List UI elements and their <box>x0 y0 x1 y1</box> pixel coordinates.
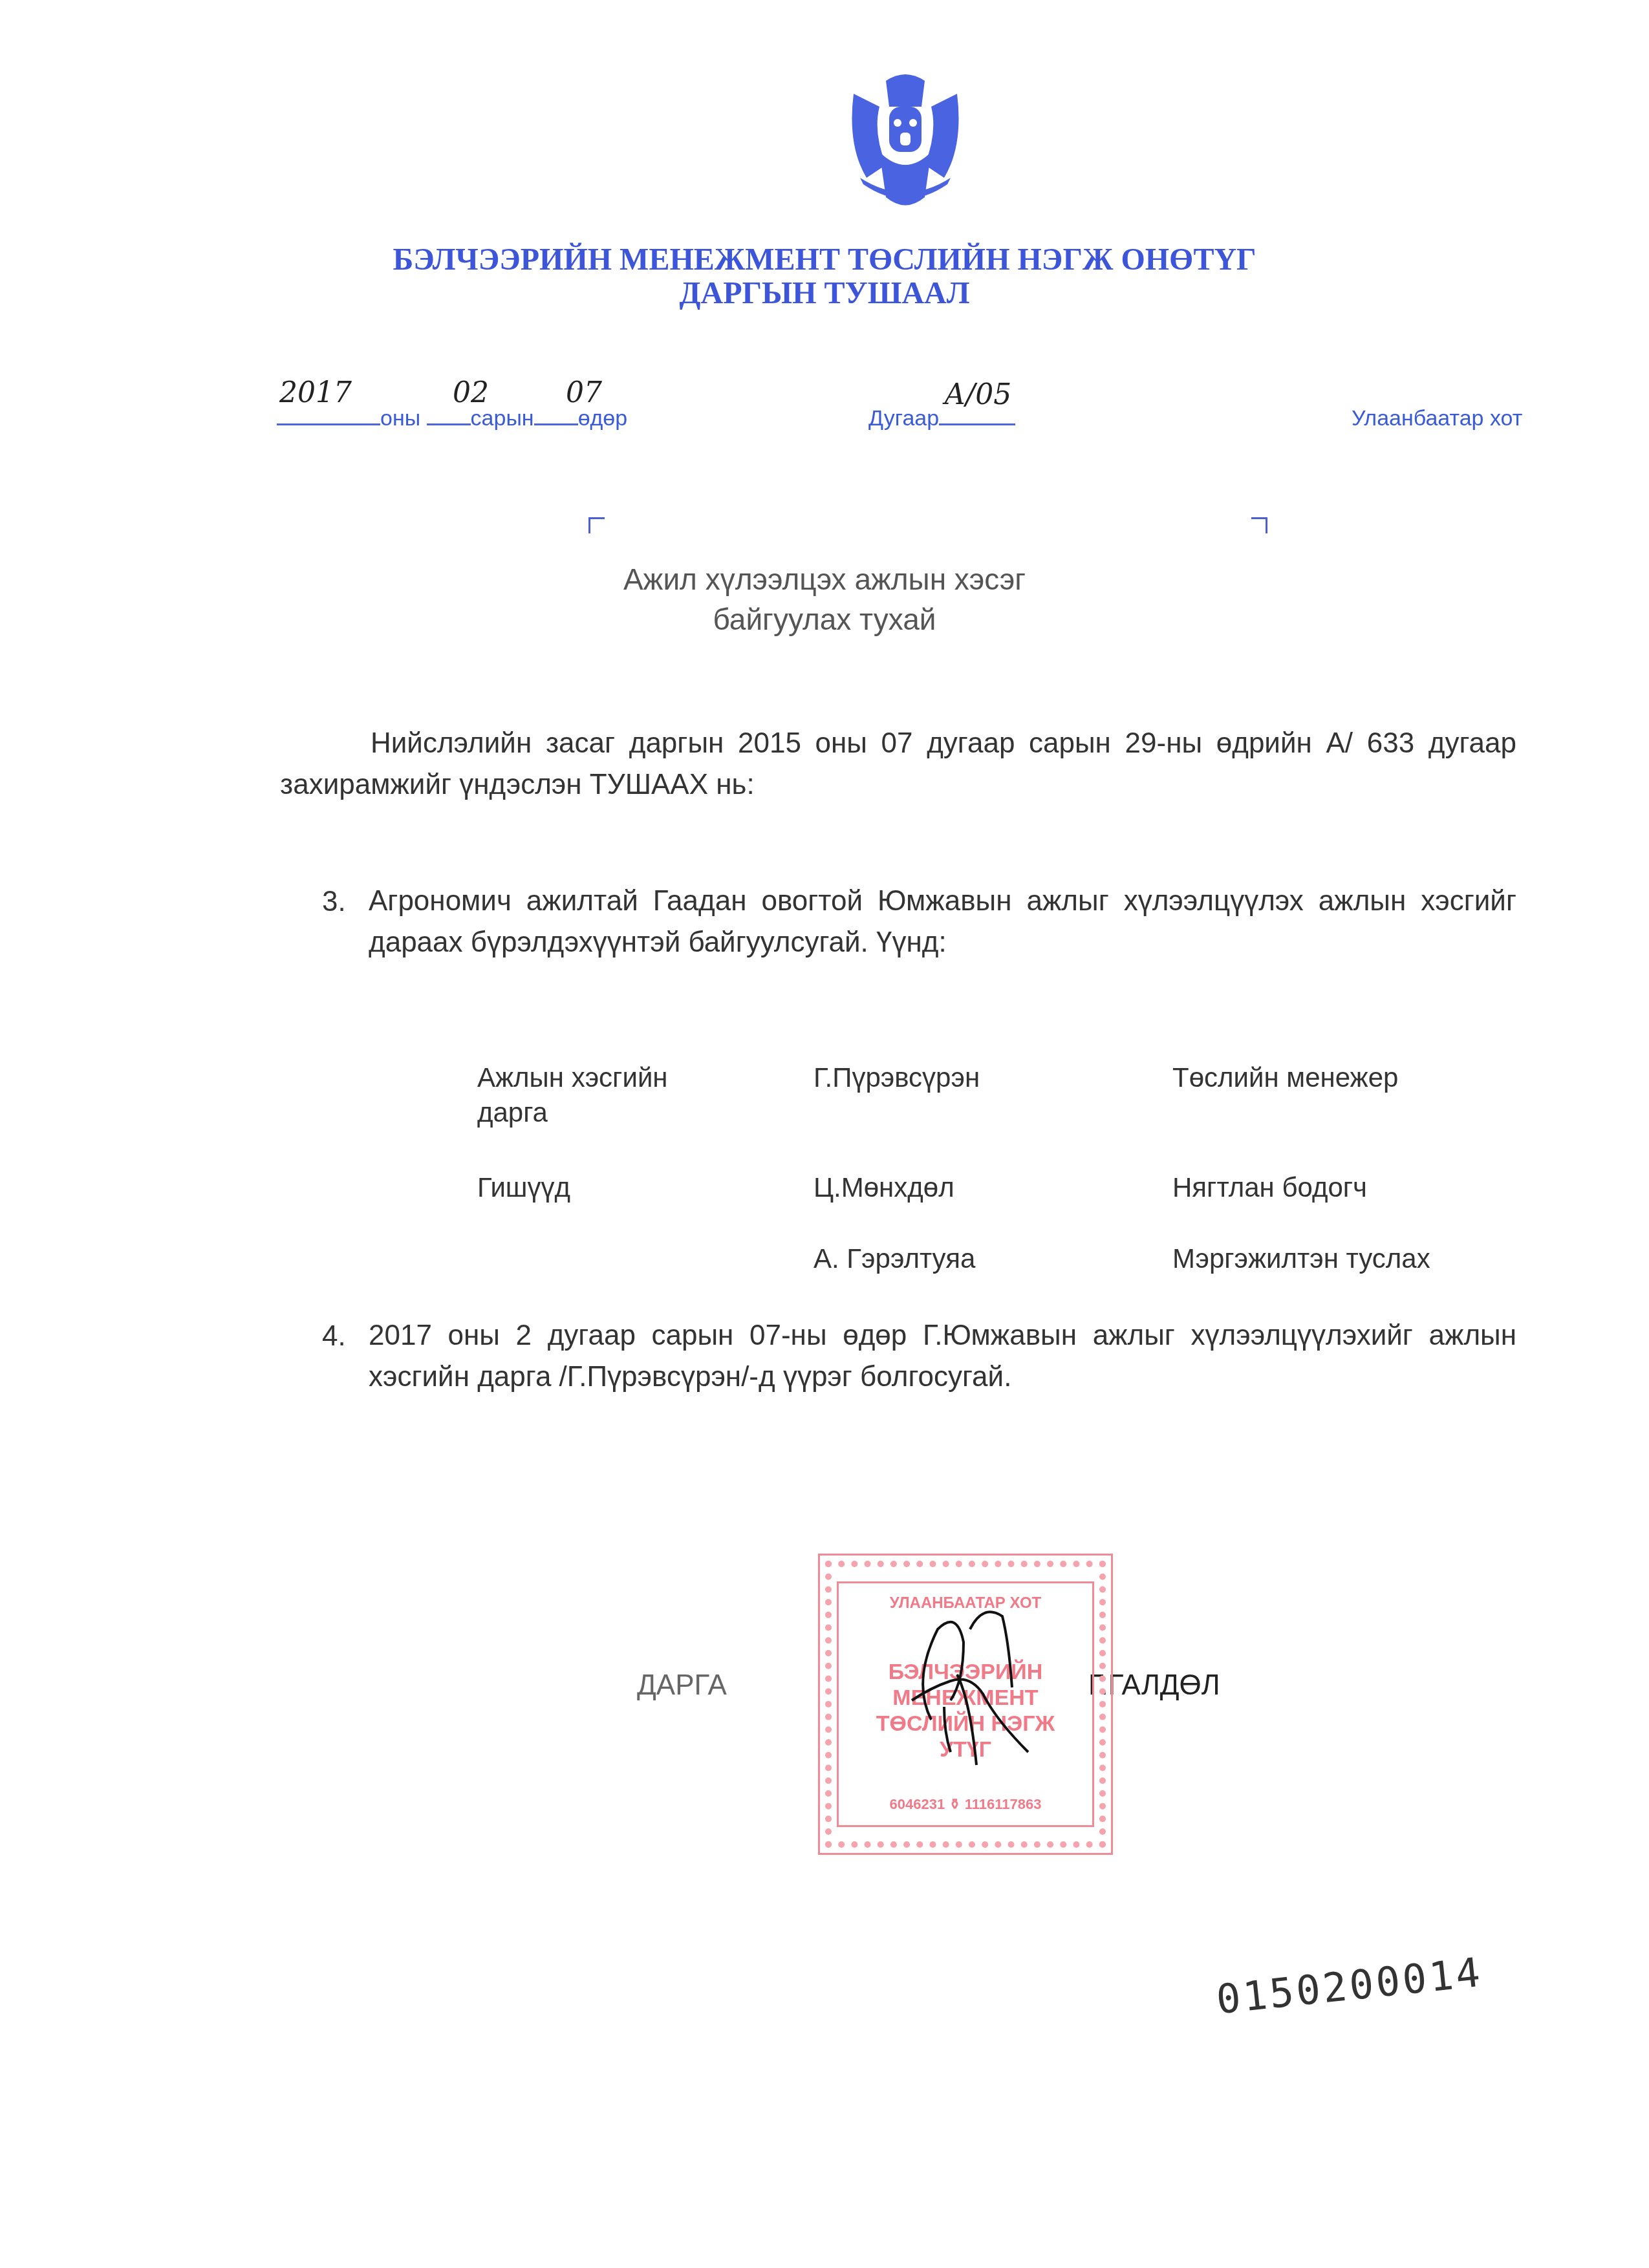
table-row: Ажлын хэсгийн дарга Г.Пүрэвсүрэн Төслийн… <box>477 1060 1430 1170</box>
subject: Ажил хүлээлцэх ажлын хэсэг байгуулах тух… <box>0 559 1649 639</box>
handwritten-month: 02 <box>453 376 489 409</box>
item-number: 4. <box>322 1320 346 1353</box>
handwritten-day: 07 <box>566 376 602 409</box>
item-number: 3. <box>322 886 346 918</box>
signer-title: ДАРГА <box>637 1669 727 1702</box>
member-name: Ц.Мөнхдөл <box>814 1170 1172 1241</box>
date-line: оны сарынөдөр <box>277 406 627 431</box>
handwritten-signature <box>873 1603 1086 1771</box>
member-name: А. Гэрэлтуяа <box>814 1241 1172 1276</box>
member-name: Г.Пүрэвсүрэн <box>814 1060 1172 1170</box>
city-label: Улаанбаатар хот <box>1352 406 1522 431</box>
subject-line-1: Ажил хүлээлцэх ажлын хэсэг <box>0 559 1649 599</box>
members-table: Ажлын хэсгийн дарга Г.Пүрэвсүрэн Төслийн… <box>477 1060 1430 1276</box>
year-suffix: оны <box>380 406 420 431</box>
month-suffix: сарын <box>471 406 534 431</box>
member-position: Төслийн менежер <box>1172 1060 1430 1170</box>
table-row: А. Гэрэлтуяа Мэргэжилтэн туслах <box>477 1241 1430 1276</box>
member-role <box>477 1241 814 1276</box>
subject-corner-right <box>1251 517 1267 533</box>
subject-line-2: байгуулах тухай <box>0 599 1649 639</box>
subject-corner-left <box>588 517 605 533</box>
day-suffix: өдөр <box>578 406 628 431</box>
member-position: Мэргэжилтэн туслах <box>1172 1241 1430 1276</box>
member-position: Нягтлан бодогч <box>1172 1170 1430 1241</box>
member-role: Ажлын хэсгийн дарга <box>477 1060 814 1170</box>
state-emblem-icon <box>841 68 970 217</box>
number-label: Дугаар <box>868 406 939 431</box>
stamp-bottom-text: 6046231 ⚱ 1116117863 <box>820 1796 1111 1813</box>
serial-number: 0150200014 <box>1214 1949 1485 2024</box>
org-title: БЭЛЧЭЭРИЙН МЕНЕЖМЕНТ ТӨСЛИЙН НЭГЖ ОНӨТҮГ <box>0 242 1649 277</box>
preamble: Нийслэлийн засаг даргын 2015 оны 07 дуга… <box>280 723 1516 806</box>
handwritten-number: А/05 <box>944 378 1011 411</box>
item-text: Агрономич ажилтай Гаадан овогтой Юмжавын… <box>369 881 1516 963</box>
item-text: 2017 оны 2 дугаар сарын 07-ны өдөр Г.Юмж… <box>369 1315 1516 1398</box>
member-role: Гишүүд <box>477 1170 814 1241</box>
order-title: ДАРГЫН ТУШААЛ <box>0 276 1649 311</box>
table-row: Гишүүд Ц.Мөнхдөл Нягтлан бодогч <box>477 1170 1430 1241</box>
handwritten-year: 2017 <box>279 376 352 409</box>
